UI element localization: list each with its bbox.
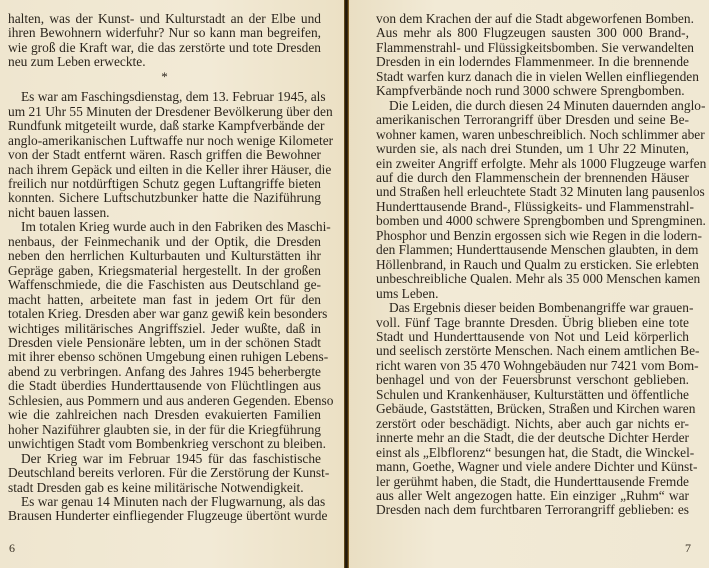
text-line: wie groß die Kraft war, die das zerstört… [8, 41, 321, 55]
text-line: aus aller Welt angezogen hatte. Ein einz… [376, 489, 689, 503]
text-line: Hunderttausende Brand-, Flüssigkeits- un… [376, 200, 689, 214]
text-line: von der Stadt entfernt wären. Rasch grif… [8, 148, 321, 162]
text-line: Es war genau 14 Minuten nach der Flugwar… [8, 495, 321, 509]
text-line: amerikanischen Terrorangriff über Dresde… [376, 113, 689, 127]
text-line: stadt Dresden gab es keine militärische … [8, 481, 321, 495]
text-line: ler gerühmt haben, die Stadt, die Hunder… [376, 475, 689, 489]
paragraph: Der Krieg war im Februar 1945 für das fa… [8, 452, 321, 495]
text-line: ums Leben. [376, 287, 689, 301]
text-line: neben den herrlichen Kulturbauten und Ku… [8, 249, 321, 263]
text-line: mit ihrer ebenso schönen Umgebung einen … [8, 350, 321, 364]
text-line: Dresden nach dem furchtbaren Terrorangri… [376, 503, 689, 517]
book-spine-gutter [344, 0, 349, 568]
text-line: macht hatten, arbeitete man fast in jede… [8, 293, 321, 307]
text-line: Das Ergebnis dieser beiden Bombenangriff… [376, 301, 689, 315]
text-line: einst als „Elbflorenz“ besungen hat, die… [376, 446, 689, 460]
text-line: unwichtigen Stadt vom Bombenkrieg versch… [8, 437, 321, 451]
page-number-left: 6 [9, 541, 15, 556]
section-separator: * [8, 70, 321, 84]
text-line: freilich nur notdürftigen Schutz gegen L… [8, 177, 321, 191]
text-line: Flammenstrahl- und Flüssigkeitsbomben. S… [376, 41, 689, 55]
text-line: bomben und 4000 schwere Sprengbomben und… [376, 214, 689, 228]
text-line: Schlesien, aus Pommern und aus anderen G… [8, 394, 321, 408]
text-line: Kampfverbände noch rund 3000 schwere Spr… [376, 84, 689, 98]
text-line: benhagel und von der Feuersbrunst versch… [376, 373, 689, 387]
text-line: konnten. Sichere Luftschutzbunker hatte … [8, 191, 321, 205]
text-line: Es war am Faschingsdienstag, dem 13. Feb… [8, 90, 321, 104]
text-line: Aus mehr als 800 Flugzeugen sausten 300 … [376, 26, 689, 40]
text-line: Schulen und Krankenhäuser, Kulturstätten… [376, 388, 689, 402]
text-line: voll. Fünf Tage brannte Dresden. Übrig b… [376, 316, 689, 330]
page-number-right: 7 [685, 541, 691, 556]
paragraph: Es war am Faschingsdienstag, dem 13. Feb… [8, 90, 321, 220]
text-line: wurden sie, als nach drei Stunden, um 1 … [376, 142, 689, 156]
paragraph: von dem Krachen der auf die Stadt abgewo… [376, 12, 689, 99]
text-line: Dresden in ein loderndes Flammenmeer. In… [376, 55, 689, 69]
paragraph: Das Ergebnis dieser beiden Bombenangriff… [376, 301, 689, 518]
text-line: und Straßen hell erleuchtete Stadt 32 Mi… [376, 185, 689, 199]
text-line: und seelisch zerstörte Menschen. Nach ei… [376, 344, 689, 358]
paragraph: Es war genau 14 Minuten nach der Flugwar… [8, 495, 321, 524]
text-line: abend zu verbringen. Anfang des Jahres 1… [8, 365, 321, 379]
text-line: mann, Goethe, Wagner und viele andere Di… [376, 460, 689, 474]
text-line: die Stadt überdies Hunderttausende von F… [8, 379, 321, 393]
text-line: ihren Bewohnern widerfuhr? Nur so kann m… [8, 26, 321, 40]
text-line: auf die durch den Flammenschein der bren… [376, 171, 689, 185]
text-line: halten, was der Kunst- und Kulturstadt a… [8, 12, 321, 26]
text-line: Die Leiden, die durch diesen 24 Minuten … [376, 99, 689, 113]
paragraph: Im totalen Krieg wurde auch in den Fabri… [8, 220, 321, 451]
text-line: wie die zahlreichen nach Dresden evakuie… [8, 408, 321, 422]
text-line: hoher Naziführer glaubten sie, in der fü… [8, 423, 321, 437]
text-line: totalen Krieg. Dresden aber war ganz gew… [8, 307, 321, 321]
text-line: Stadt und Hunderttausende von Not und Le… [376, 330, 689, 344]
text-line: Stadt warfen kurz danach die in vielen W… [376, 70, 689, 84]
text-line: wohner kamen, waren unbeschreiblich. Noc… [376, 128, 689, 142]
text-line: Der Krieg war im Februar 1945 für das fa… [8, 452, 321, 466]
text-line: neu zum Leben erweckte. [8, 55, 321, 69]
text-line: Deutschland bereits verloren. Für die Ze… [8, 466, 321, 480]
text-line: Gepräge gaben, Kriegsmaterial hergestell… [8, 264, 321, 278]
paragraph: halten, was der Kunst- und Kulturstadt a… [8, 12, 321, 70]
text-line: nenbaus, der Feinmechanik und der Optik,… [8, 235, 321, 249]
text-line: innerte mehr an die Stadt, die der deuts… [376, 431, 689, 445]
text-line: von dem Krachen der auf die Stadt abgewo… [376, 12, 689, 26]
text-line: ein zweiter Angriff erfolgte. Mehr als 1… [376, 157, 689, 171]
paragraph: Die Leiden, die durch diesen 24 Minuten … [376, 99, 689, 301]
text-line: zerstört oder beschädigt. Nichts, aber a… [376, 417, 689, 431]
text-line: Waffenschmiede, die die Faschisten aus D… [8, 278, 321, 292]
book-spread: halten, was der Kunst- und Kulturstadt a… [0, 0, 709, 568]
text-line: Rundfunk mitgeteilt wurde, daß starke Ka… [8, 119, 321, 133]
text-line: um 21 Uhr 55 Minuten der Dresdener Bevöl… [8, 105, 321, 119]
text-line: Gebäude, Gaststätten, Brücken, Straßen u… [376, 402, 689, 416]
text-line: nach ihrem Gepäck und eilten in die Kell… [8, 163, 321, 177]
text-line: wichtiges militärisches Angriffsziel. Je… [8, 322, 321, 336]
text-line: richt waren von 35 470 Wohngebäuden nur … [376, 359, 689, 373]
left-page-text: halten, was der Kunst- und Kulturstadt a… [8, 12, 321, 524]
left-page: halten, was der Kunst- und Kulturstadt a… [0, 0, 346, 568]
text-line: Brausen Hunderter einfliegender Flugzeug… [8, 509, 321, 523]
right-page: von dem Krachen der auf die Stadt abgewo… [346, 0, 709, 568]
text-line: unbeschreibliche Qualen. Mehr als 35 000… [376, 272, 689, 286]
text-line: anglo-amerikanischen Luftwaffe nur noch … [8, 134, 321, 148]
right-page-text: von dem Krachen der auf die Stadt abgewo… [376, 12, 689, 518]
text-line: Dresden viele Pensionäre lebten, um in d… [8, 336, 321, 350]
text-line: Höllenbrand, in Rauch und Qualm zu ersti… [376, 258, 689, 272]
text-line: Phosphor und Benzin ergossen sich wie Re… [376, 229, 689, 243]
text-line: nicht bauen lassen. [8, 206, 321, 220]
text-line: den Flammen; Hunderttausende Menschen gl… [376, 243, 689, 257]
text-line: Im totalen Krieg wurde auch in den Fabri… [8, 220, 321, 234]
